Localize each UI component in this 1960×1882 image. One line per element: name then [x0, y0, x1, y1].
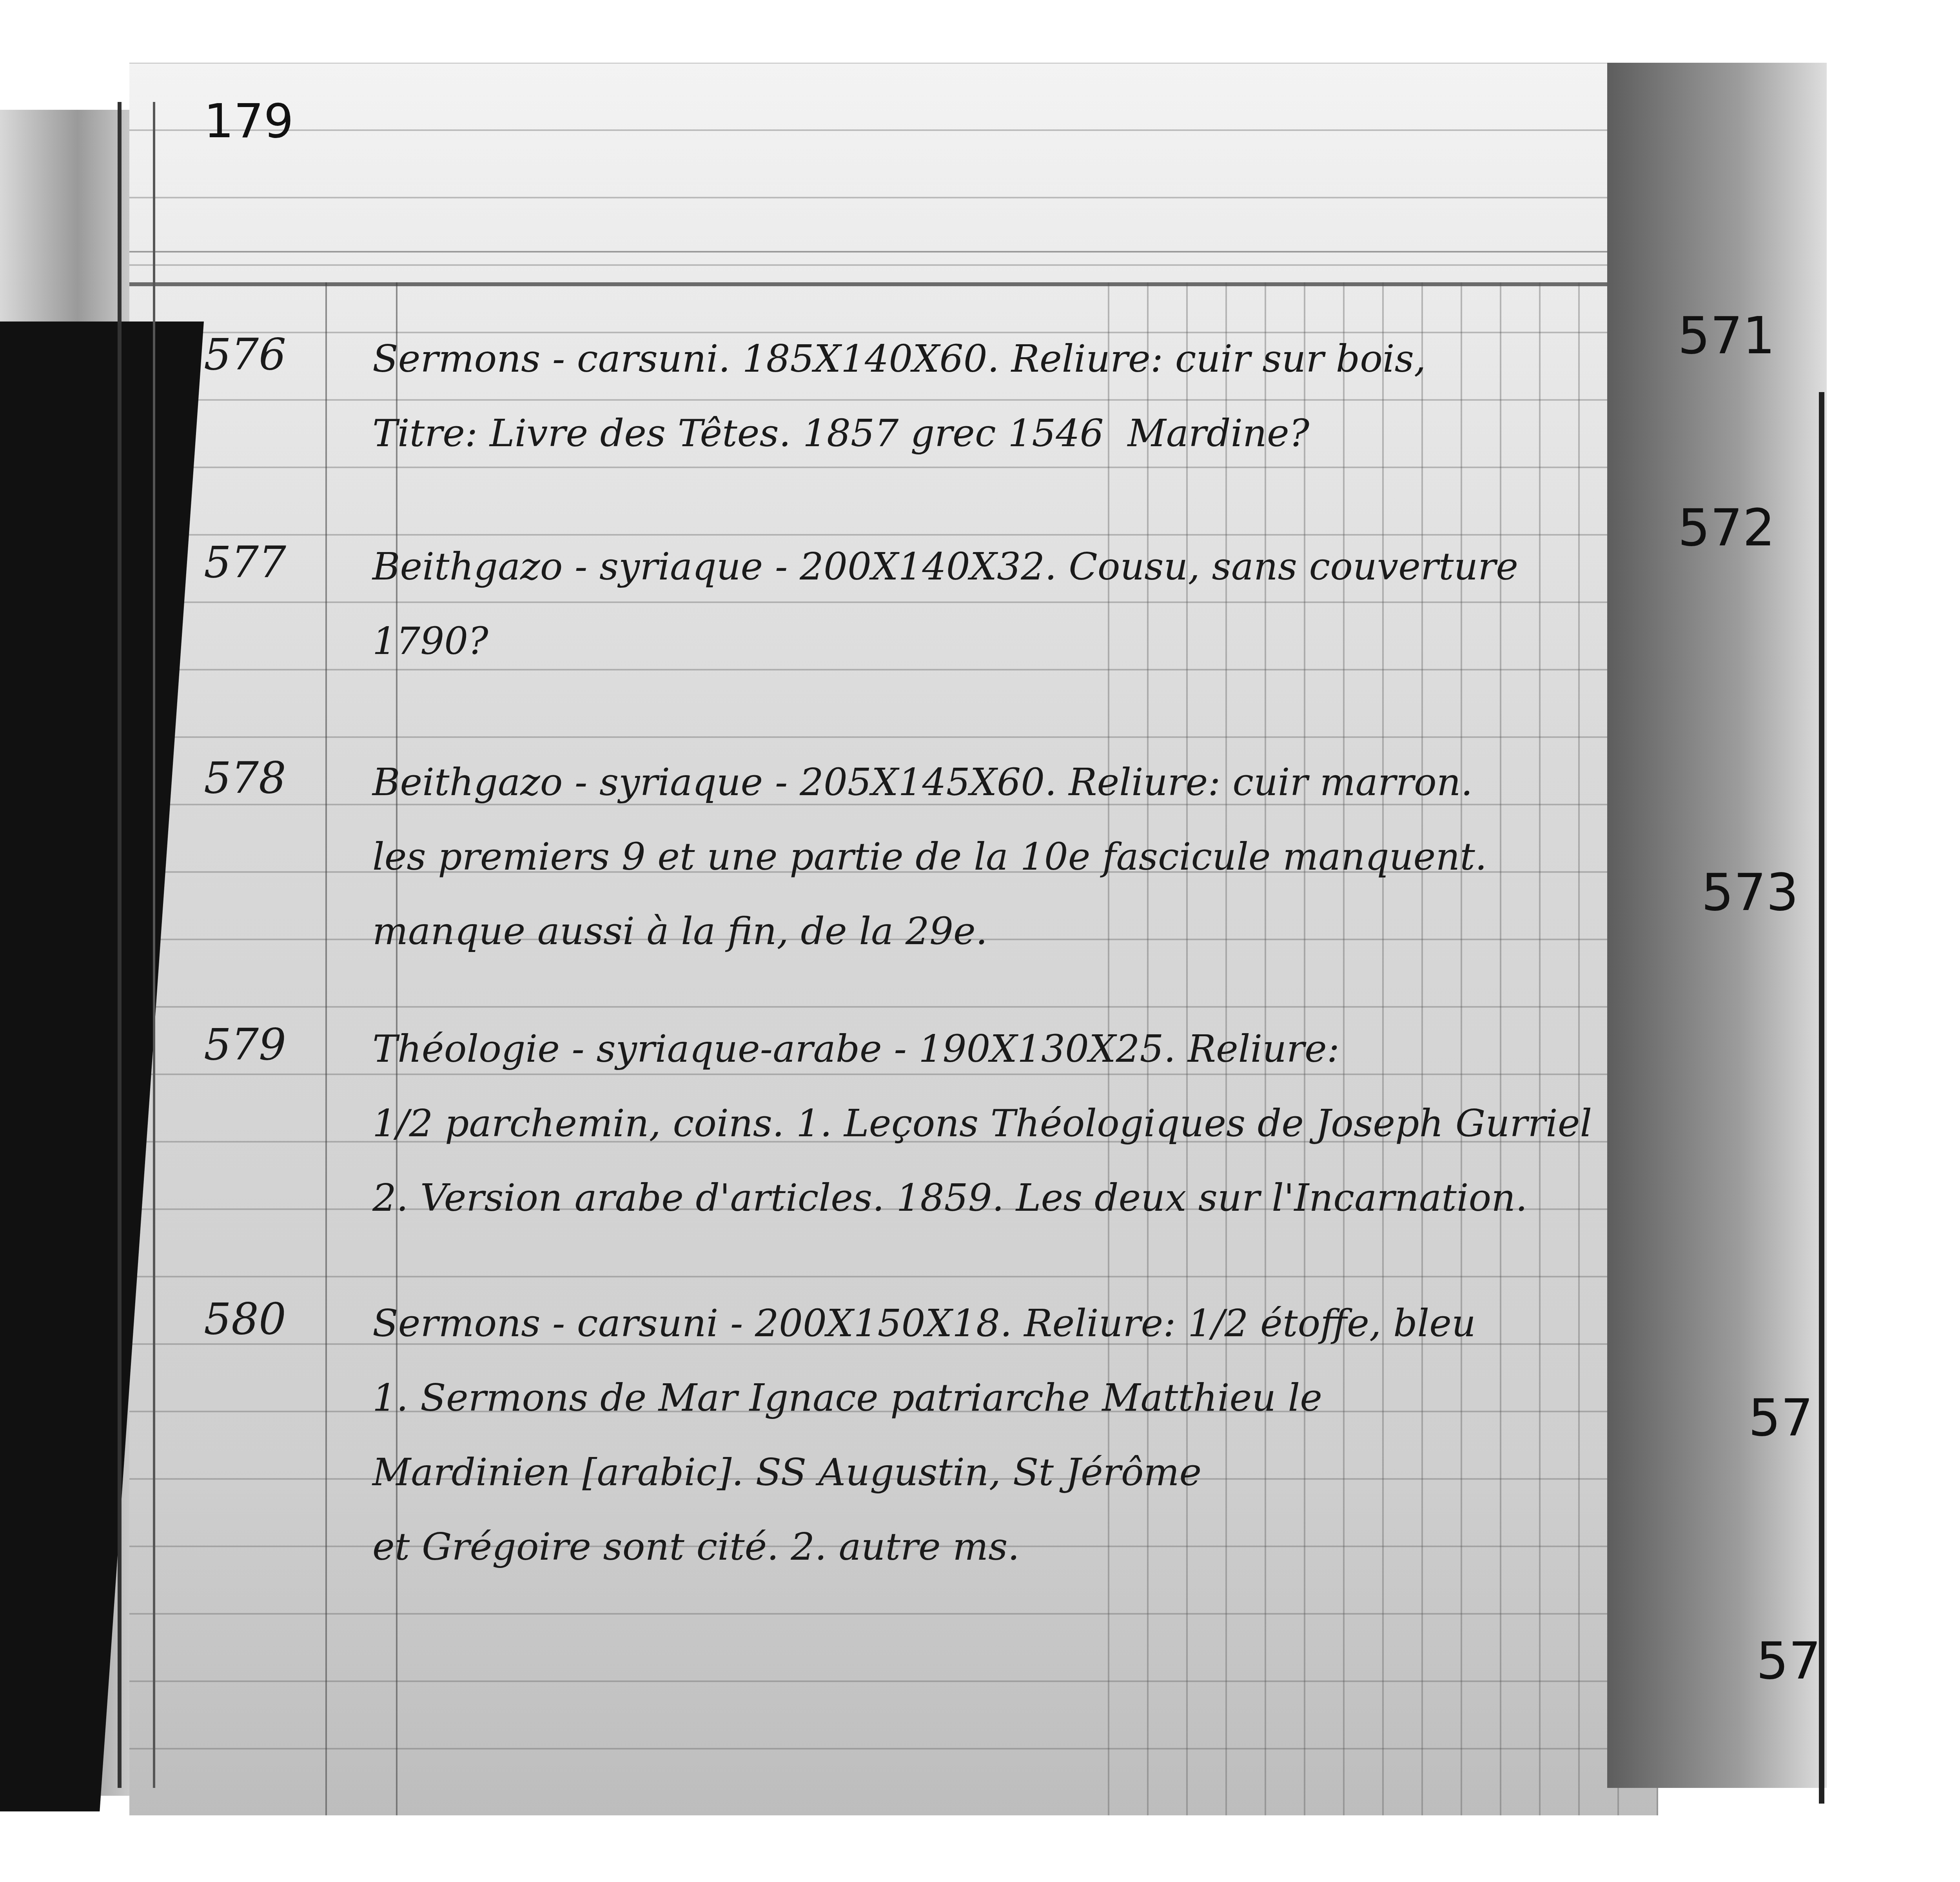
page-number: 179 [204, 94, 294, 149]
entry-number: 580 [204, 1294, 286, 1344]
entry-text: Beithgazo - syriaque - 205X145X60. Reliu… [372, 745, 1487, 968]
entry-text: Sermons - carsuni - 200X150X18. Reliure:… [372, 1286, 1476, 1584]
entry-text: Beithgazo - syriaque - 200X140X32. Cousu… [372, 529, 1518, 678]
entry-number: 577 [204, 537, 286, 587]
facing-number: 573 [1701, 863, 1798, 922]
page-edge [1819, 392, 1824, 1804]
entry-text: Théologie - syriaque-arabe - 190X130X25.… [372, 1012, 1592, 1235]
facing-page: 571 572 573 57 57 [1607, 63, 1827, 1788]
margin-lines [118, 102, 155, 1788]
facing-number: 571 [1678, 306, 1775, 365]
entry-number: 579 [204, 1019, 286, 1070]
facing-number: 572 [1678, 498, 1775, 558]
facing-number: 57 [1756, 1631, 1821, 1691]
entry-number: 578 [204, 753, 286, 803]
entry-number: 576 [204, 329, 286, 380]
entry-text: Sermons - carsuni. 185X140X60. Reliure: … [372, 322, 1426, 470]
rule-line [129, 251, 1658, 253]
facing-number: 57 [1748, 1388, 1813, 1448]
column-divider [325, 282, 327, 1815]
